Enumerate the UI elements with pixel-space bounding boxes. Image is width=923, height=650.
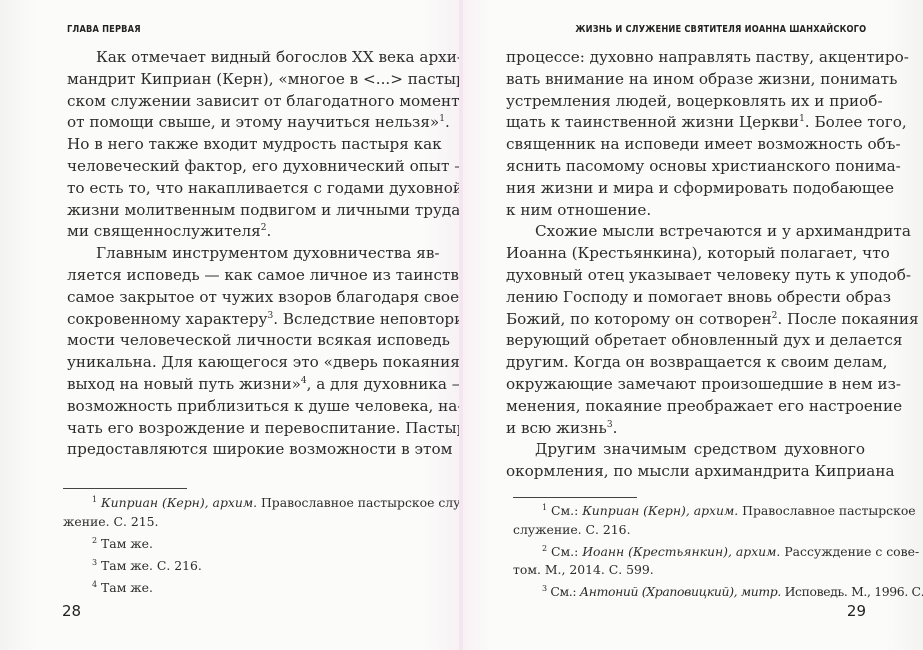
footnote-text: Рассуждение с сове-	[780, 544, 919, 559]
text-line: выход на новый путь жизни»4, а для духов…	[67, 374, 419, 396]
right-page: ЖИЗНЬ И СЛУЖЕНИЕ СВЯТИТЕЛЯ ИОАННА ШАНХАЙ…	[461, 0, 923, 650]
text-line: ляется исповедь — как самое личное из та…	[67, 265, 419, 287]
right-body-text: процессе: духовно направлять паству, акц…	[506, 47, 865, 483]
footnote-prefix: См.:	[551, 503, 582, 518]
footnote-author: Антоний (Храповицкий), митр.	[580, 584, 781, 599]
text-line: сокровенному характеру3. Вследствие непо…	[67, 309, 419, 331]
footnote-author: Киприан (Керн), архим.	[582, 503, 738, 518]
line-text: , а для духовника —	[307, 375, 467, 393]
footnote-text: Православное пастырское	[738, 503, 915, 518]
book-spread: ГЛАВА ПЕРВАЯ Как отмечает видный богосло…	[0, 0, 923, 650]
footnote-number: 1	[542, 503, 547, 512]
text-line: мандрит Киприан (Керн), «многое в <...> …	[67, 69, 419, 91]
footnote-line: 4 Там же.	[63, 579, 419, 598]
text-line: священник на исповеди имеет возможность …	[506, 134, 865, 156]
footnote-author: Киприан (Керн), архим.	[101, 495, 257, 510]
text-line: другим. Когда он возвращается к своим де…	[506, 352, 865, 374]
footnote-number: 3	[542, 584, 547, 593]
left-page: ГЛАВА ПЕРВАЯ Как отмечает видный богосло…	[0, 0, 461, 650]
text-line: к ним отношение.	[506, 200, 865, 222]
text-line: мости человеческой личности всякая испов…	[67, 330, 419, 352]
footnote-author: Иоанн (Крестьянкин), архим.	[582, 544, 780, 559]
text-line: самое закрытое от чужих взоров благодаря…	[67, 287, 419, 309]
text-line: Как отмечает видный богослов XX века арх…	[67, 47, 419, 69]
footnote-line: 3 Там же. С. 216.	[63, 557, 419, 576]
text-line: возможность приблизиться к душе человека…	[67, 396, 419, 418]
line-text: . Вследствие неповтори-	[273, 310, 469, 328]
footnote: 2 Там же.	[63, 535, 419, 554]
text-line: ском служении зависит от благодатного мо…	[67, 91, 419, 113]
text-line: уникальна. Для кающегося это «дверь пока…	[67, 352, 419, 374]
footnote-number: 2	[542, 543, 547, 552]
footnote-text: Православное пастырское слу-	[257, 495, 465, 510]
text-line: менения, покаяние преображает его настро…	[506, 396, 865, 418]
text-line: Схожие мысли встречаются и у архимандрит…	[506, 221, 865, 243]
footnote-number: 3	[92, 557, 97, 566]
line-text: . После покаяния	[777, 310, 918, 328]
text-line: Главным инструментом духовничества яв-	[67, 243, 419, 265]
page-number-right: 29	[847, 602, 866, 620]
footnote-line: 2 Там же.	[63, 535, 419, 554]
footnote-number: 2	[92, 535, 97, 544]
line-text: Божий, по которому он сотворен	[506, 310, 772, 328]
page-number-left: 28	[62, 602, 81, 620]
text-line: Но в него также входит мудрость пастыря …	[67, 134, 419, 156]
text-line: и всю жизнь3.	[506, 418, 865, 440]
footnote-prefix: См.:	[550, 584, 579, 599]
text-line: процессе: духовно направлять паству, акц…	[506, 47, 865, 69]
line-text: .	[266, 222, 271, 240]
footnote-text: Там же.	[101, 536, 153, 551]
text-line: ния жизни и мира и сформировать подобающ…	[506, 178, 865, 200]
text-line: лению Господу и помогает вновь обрести о…	[506, 287, 865, 309]
text-line: то есть то, что накапливается с годами д…	[67, 178, 419, 200]
running-head-right: ЖИЗНЬ И СЛУЖЕНИЕ СВЯТИТЕЛЯ ИОАННА ШАНХАЙ…	[575, 24, 866, 35]
footnote: 1 См.: Киприан (Керн), архим. Православн…	[513, 502, 871, 539]
line-text: . Более того,	[805, 113, 907, 131]
text-line: яснить пасомому основы христианского пон…	[506, 156, 865, 178]
line-text: от помощи свыше, и этому научиться нельз…	[67, 113, 439, 131]
footnote-number: 4	[92, 579, 97, 588]
footnote: 4 Там же.	[63, 579, 419, 598]
footnote-text: Исповедь. М., 1996. С. 13.	[781, 584, 923, 599]
footnote-text: Там же.	[101, 580, 153, 595]
line-text: .	[445, 113, 450, 131]
text-line: вать внимание на ином образе жизни, пони…	[506, 69, 865, 91]
text-line: предоставляются широкие возможности в эт…	[67, 439, 419, 461]
text-line: ми священнослужителя2.	[67, 221, 419, 243]
footnotes-left: 1 Киприан (Керн), архим. Православное па…	[63, 494, 419, 597]
footnote-text: Там же. С. 216.	[101, 558, 202, 573]
text-line: Иоанна (Крестьянкина), который полагает,…	[506, 243, 865, 265]
line-text: щать к таинственной жизни Церкви	[506, 113, 799, 131]
line-text: ми священнослужителя	[67, 222, 261, 240]
footnote: 3 См.: Антоний (Храповицкий), митр. Испо…	[513, 583, 871, 602]
text-line: Другим значимым средством духовного	[506, 439, 865, 461]
footnote-line: жение. С. 215.	[63, 513, 419, 532]
footnote-line: 3 См.: Антоний (Храповицкий), митр. Испо…	[513, 583, 871, 602]
footnote-line: 1 Киприан (Керн), архим. Православное па…	[63, 494, 419, 513]
text-line: окормления, по мысли архимандрита Киприа…	[506, 461, 865, 483]
footnote-number: 1	[92, 495, 97, 504]
text-line: щать к таинственной жизни Церкви1. Более…	[506, 112, 865, 134]
left-body-text: Как отмечает видный богослов XX века арх…	[67, 47, 419, 461]
footnote-divider	[513, 497, 637, 498]
text-line: жизни молитвенным подвигом и личными тру…	[67, 200, 419, 222]
text-line: чать его возрождение и перевоспитание. П…	[67, 418, 419, 440]
footnote-line: 2 См.: Иоанн (Крестьянкин), архим. Рассу…	[513, 543, 871, 562]
text-line: человеческий фактор, его духовнический о…	[67, 156, 419, 178]
text-line: духовный отец указывает человеку путь к …	[506, 265, 865, 287]
footnote-line: служение. С. 216.	[513, 521, 871, 540]
footnote-line: 1 См.: Киприан (Керн), архим. Православн…	[513, 502, 871, 521]
text-line: верующий обретает обновленный дух и дела…	[506, 330, 865, 352]
line-text: и всю жизнь	[506, 419, 607, 437]
footnote: 3 Там же. С. 216.	[63, 557, 419, 576]
footnote-prefix: См.:	[551, 544, 582, 559]
text-line: устремления людей, воцерковлять их и при…	[506, 91, 865, 113]
footnote-line: том. М., 2014. С. 599.	[513, 561, 871, 580]
line-text: выход на новый путь жизни»	[67, 375, 301, 393]
text-line: окружающие замечают произошедшие в нем и…	[506, 374, 865, 396]
line-text: сокровенному характеру	[67, 310, 267, 328]
footnote-divider	[63, 488, 187, 489]
book-gutter	[459, 0, 463, 650]
running-head-left: ГЛАВА ПЕРВАЯ	[67, 24, 141, 35]
footnote: 2 См.: Иоанн (Крестьянкин), архим. Рассу…	[513, 543, 871, 580]
footnotes-right: 1 См.: Киприан (Керн), архим. Православн…	[513, 502, 871, 602]
text-line: от помощи свыше, и этому научиться нельз…	[67, 112, 419, 134]
text-line: Божий, по которому он сотворен2. После п…	[506, 309, 865, 331]
line-text: .	[613, 419, 618, 437]
footnote: 1 Киприан (Керн), архим. Православное па…	[63, 494, 419, 531]
